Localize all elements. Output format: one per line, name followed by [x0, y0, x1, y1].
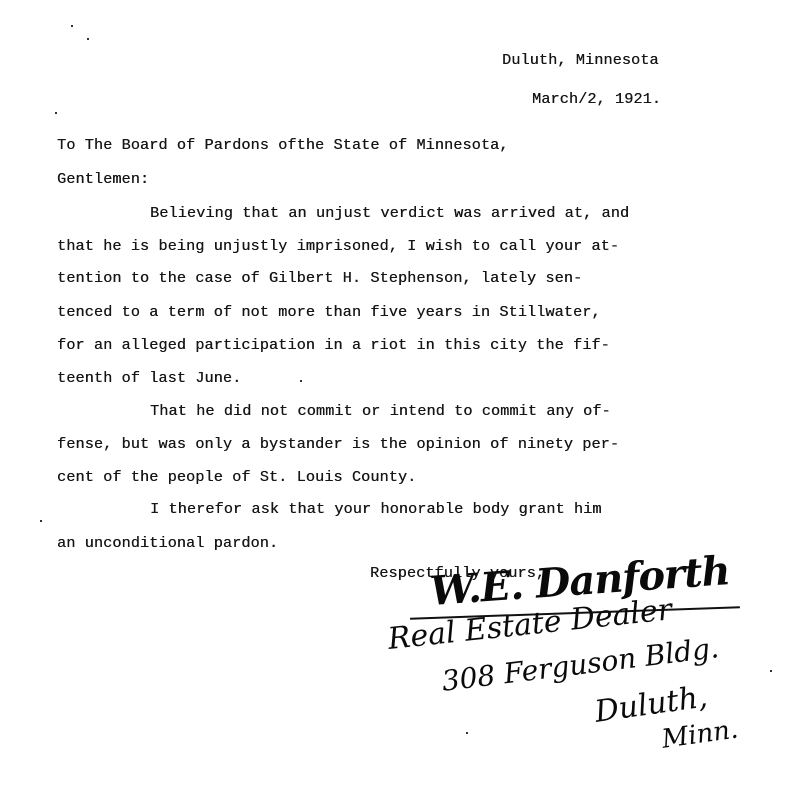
body-line: fense, but was only a bystander is the o…	[57, 435, 619, 453]
scan-speck	[87, 38, 89, 40]
signature-state: Minn.	[660, 714, 740, 754]
letter-date: March/2, 1921.	[532, 90, 661, 108]
body-line: I therefor ask that your honorable body …	[150, 500, 602, 518]
body-line: teenth of last June.	[57, 369, 241, 387]
scan-speck	[300, 380, 302, 382]
body-line: Believing that an unjust verdict was arr…	[150, 204, 629, 222]
body-line: for an alleged participation in a riot i…	[57, 336, 610, 354]
letter-place: Duluth, Minnesota	[502, 51, 659, 69]
letter-salutation: Gentlemen:	[57, 170, 149, 188]
letter-page: Duluth, Minnesota March/2, 1921. To The …	[0, 0, 800, 798]
scan-speck	[71, 25, 73, 27]
body-line: tenced to a term of not more than five y…	[57, 303, 601, 321]
body-line: an unconditional pardon.	[57, 534, 278, 552]
scan-speck	[466, 732, 468, 734]
letter-addressee: To The Board of Pardons ofthe State of M…	[57, 136, 509, 154]
body-line: cent of the people of St. Louis County.	[57, 468, 416, 486]
body-line: That he did not commit or intend to comm…	[150, 402, 611, 420]
scan-speck	[55, 112, 57, 114]
body-line: that he is being unjustly imprisoned, I …	[57, 237, 619, 255]
body-line: tention to the case of Gilbert H. Stephe…	[57, 269, 582, 287]
scan-speck	[770, 670, 772, 672]
scan-speck	[40, 520, 42, 522]
